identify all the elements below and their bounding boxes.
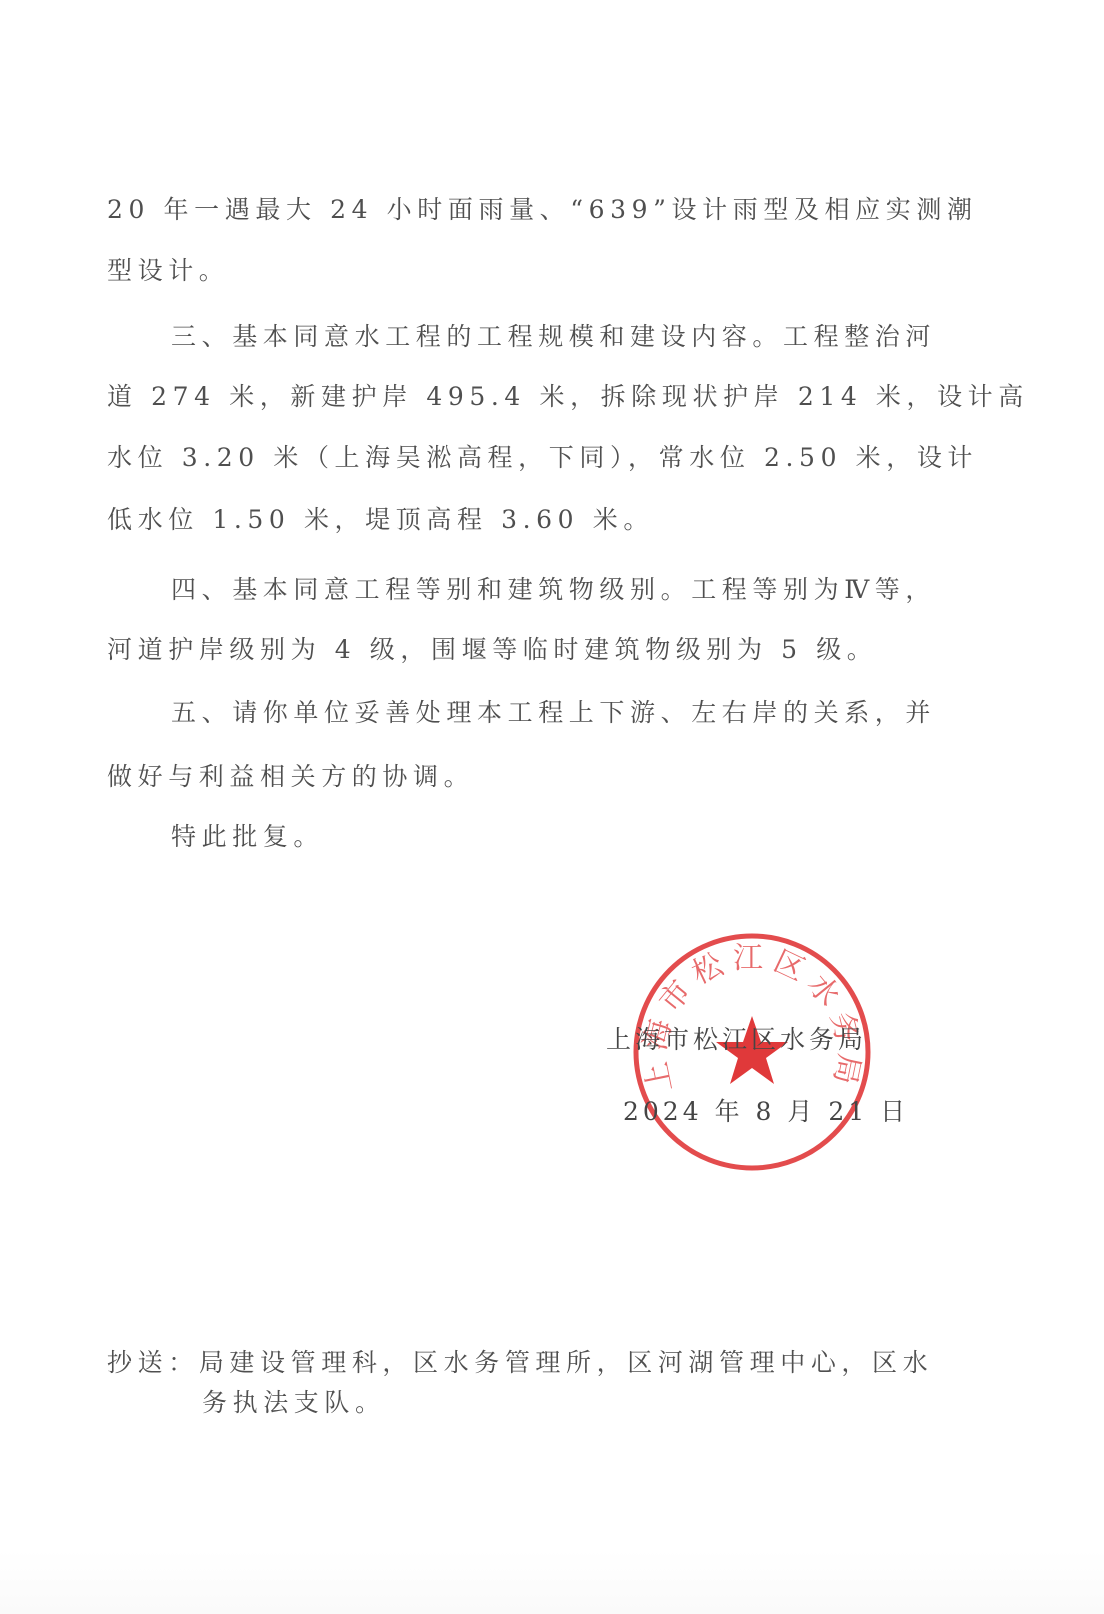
paragraph-3-line-1: 三、基本同意水工程的工程规模和建设内容。工程整治河 — [171, 322, 936, 352]
cc-label: 抄送： — [107, 1348, 199, 1377]
paragraph-5-line-2: 做好与利益相关方的协调。 — [107, 762, 474, 792]
signature-organization: 上海市松江区水务局 — [606, 1025, 867, 1055]
paragraph-2-line-1: 20 年一遇最大 24 小时面雨量、“639”设计雨型及相应实测潮 — [107, 195, 978, 225]
paragraph-5-line-1: 五、请你单位妥善处理本工程上下游、左右岸的关系，并 — [171, 698, 936, 728]
closing-text: 特此批复。 — [171, 822, 324, 852]
paragraph-3-line-4: 低水位 1.50 米，堤顶高程 3.60 米。 — [107, 505, 654, 535]
signature-date: 2024 年 8 月 21 日 — [623, 1097, 909, 1127]
paragraph-4-line-1: 四、基本同意工程等别和建筑物级别。工程等别为Ⅳ等， — [171, 575, 936, 605]
paragraph-3-line-2: 道 274 米，新建护岸 495.4 米，拆除现状护岸 214 米，设计高 — [107, 382, 1029, 412]
paragraph-2-line-2: 型设计。 — [107, 256, 229, 286]
cc-line-2: 务执法支队。 — [202, 1388, 386, 1418]
paragraph-3-line-3: 水位 3.20 米（上海吴淞高程，下同），常水位 2.50 米，设计 — [107, 443, 978, 473]
cc-line-1: 抄送：局建设管理科，区水务管理所，区河湖管理中心，区水 — [107, 1348, 933, 1378]
document-page: 20 年一遇最大 24 小时面雨量、“639”设计雨型及相应实测潮 型设计。 三… — [0, 0, 1104, 1614]
paragraph-4-line-2: 河道护岸级别为 4 级，围堰等临时建筑物级别为 5 级。 — [107, 635, 877, 665]
cc-recipients: 局建设管理科，区水务管理所，区河湖管理中心，区水 — [199, 1348, 933, 1377]
